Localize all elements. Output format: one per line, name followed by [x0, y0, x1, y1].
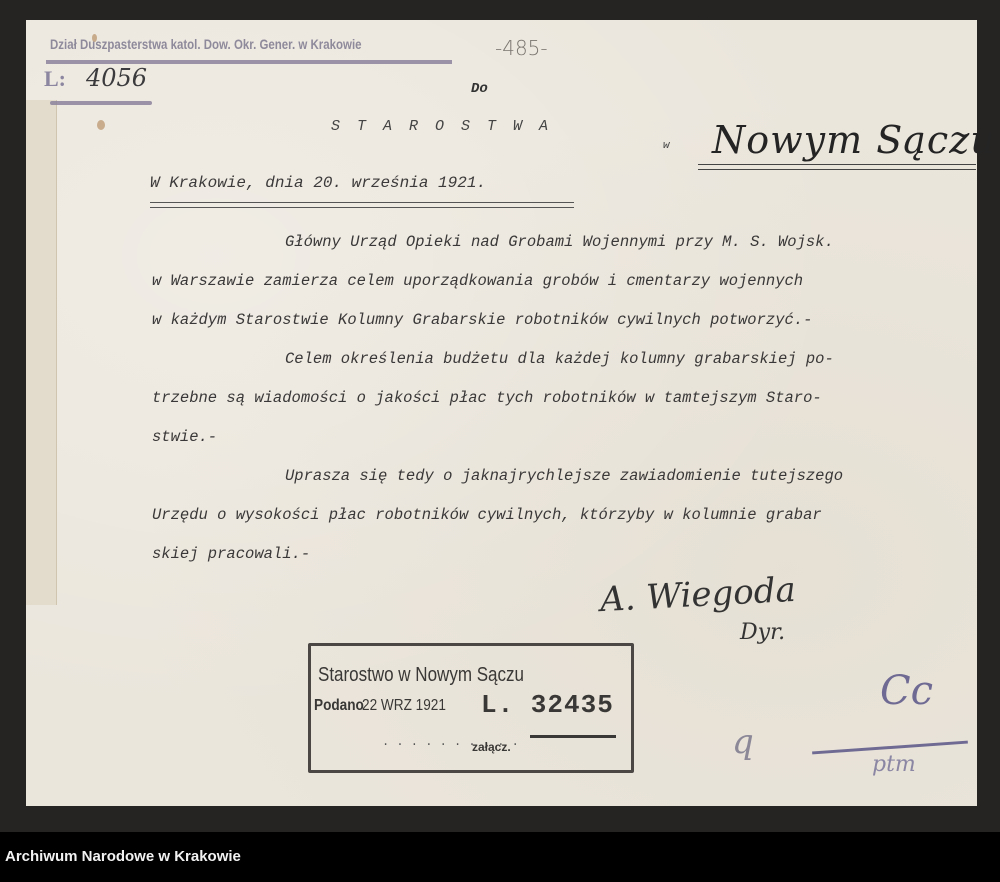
- body-line: trzebne są wiadomości o jakości płac tyc…: [152, 389, 822, 407]
- addressee-city: Nowym Sączu.: [712, 118, 1000, 162]
- paper-fold-strip: [26, 100, 57, 605]
- body-line: Główny Urząd Opieki nad Grobami Wojennym…: [285, 233, 834, 251]
- reference-number: 4056: [86, 64, 147, 92]
- addressee-prep: w: [663, 140, 670, 152]
- city-underline: [698, 164, 976, 170]
- archive-caption: Archiwum Narodowe w Krakowie: [5, 848, 241, 865]
- received-stamp-date: 22 WRZ 1921: [362, 697, 446, 715]
- reference-underline: [50, 101, 152, 105]
- pencil-mark: q: [732, 722, 754, 762]
- to-label: Do: [471, 81, 488, 97]
- annotation-ptm: ptm: [872, 752, 916, 777]
- body-line: Urzędu o wysokości płac robotników cywil…: [152, 506, 822, 524]
- received-stamp-number: L. 32435: [481, 690, 614, 720]
- body-line: Uprasza się tedy o jaknajrychlejsze zawi…: [285, 467, 843, 485]
- body-line: stwie.-: [152, 428, 217, 446]
- addressee: STAROSTWA: [331, 118, 565, 135]
- signature-title: Dyr.: [740, 620, 785, 645]
- body-line: w każdym Starostwie Kolumny Grabarskie r…: [152, 311, 812, 329]
- received-stamp-title: Starostwo w Nowym Sączu: [318, 664, 524, 687]
- received-stamp-attachments: załącz.: [472, 740, 511, 754]
- received-stamp-rule: [530, 735, 616, 738]
- body-line: skiej pracowali.-: [152, 545, 310, 563]
- date-line: W Krakowie, dnia 20. września 1921.: [150, 174, 486, 192]
- body-line: w Warszawie zamierza celem uporządkowani…: [152, 272, 803, 290]
- reference-label: L:: [44, 66, 66, 92]
- stain-mark: [97, 120, 105, 130]
- page-number: -485-: [495, 36, 548, 60]
- department-stamp: Dział Duszpasterstwa katol. Dow. Okr. Ge…: [50, 36, 362, 52]
- received-stamp-label: Podano: [314, 697, 364, 715]
- date-underline: [150, 202, 574, 208]
- annotation-cc: Cc: [880, 668, 933, 714]
- body-line: Celem określenia budżetu dla każdej kolu…: [285, 350, 834, 368]
